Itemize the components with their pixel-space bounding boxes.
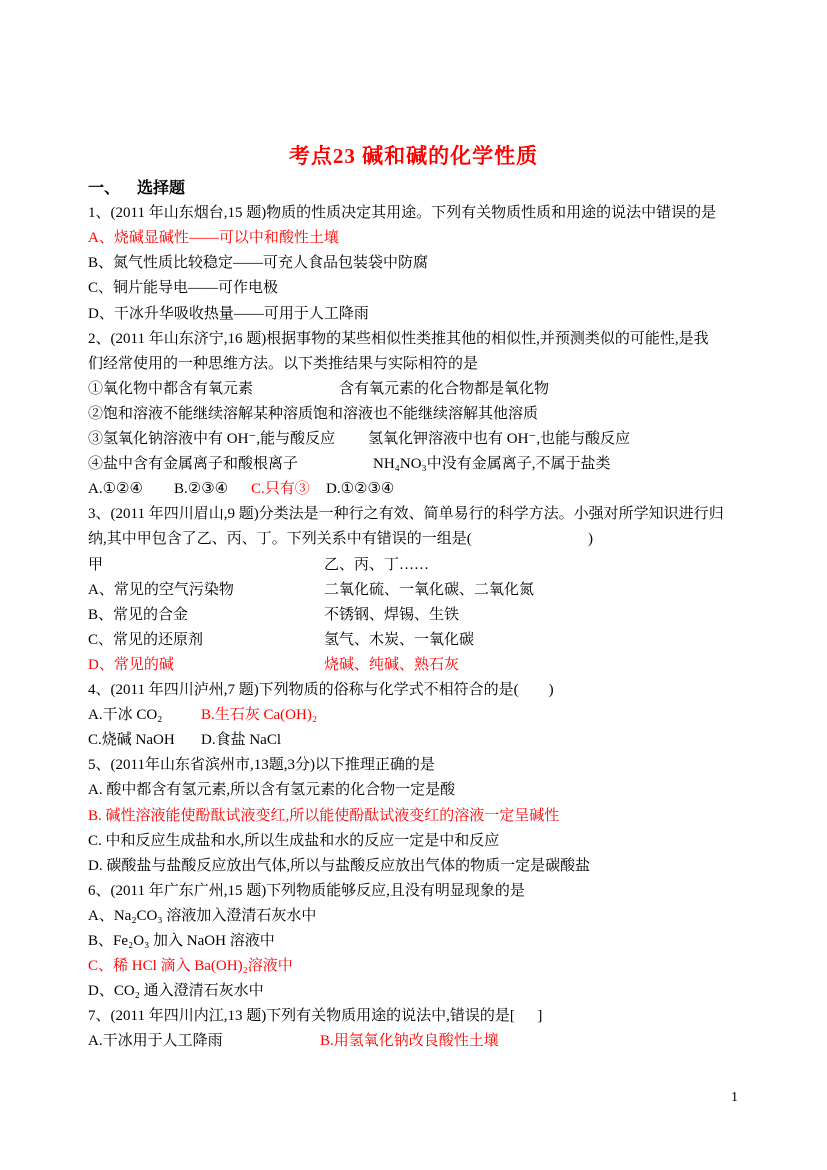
text-segment: D.食盐 NaCl bbox=[201, 731, 281, 750]
text-segment: ③氢氧化钠溶液中有 OH⁻,能与酸反应 bbox=[88, 431, 335, 447]
text-segment: A.干冰 CO₂ bbox=[88, 707, 162, 723]
text-segment: C、常见的还原剂 bbox=[88, 632, 203, 648]
option-1-c: C、铜片能导电——可作电极 bbox=[0, 279, 827, 298]
text-segment: 饱和溶液也不能继续溶解其他溶质 bbox=[313, 405, 538, 424]
question-3: 3、(2011 年四川眉山,9 题)分类法是一种行之有效、简单易行的科学方法。小… bbox=[0, 505, 827, 524]
text-segment: B.生石灰 Ca(OH)₂ bbox=[201, 706, 317, 725]
text-segment: 烧碱、纯碱、熟石灰 bbox=[324, 656, 459, 675]
statement-circle-3: ③氢氧化钠溶液中有 OH⁻,能与酸反应氢氧化钾溶液中也有 OH⁻,也能与酸反应 bbox=[0, 430, 827, 449]
question-3-cont: 纳,其中甲包含了乙、丙、丁。下列关系中有错误的一组是( ) bbox=[0, 530, 827, 549]
text-segment: C.烧碱 NaOH bbox=[88, 732, 175, 748]
text-segment: 二氧化硫、一氧化碳、二氧化氮 bbox=[324, 581, 534, 600]
statement-circle-2: ②饱和溶液不能继续溶解某种溶质饱和溶液也不能继续溶解其他溶质 bbox=[0, 405, 827, 424]
question-7: 7、(2011 年四川内江,13 题)下列有关物质用途的说法中,错误的是[ ] bbox=[0, 1007, 827, 1026]
text-segment: 甲 bbox=[88, 557, 103, 573]
text-segment: B. 碱性溶液能使酚酞试液变红,所以能使酚酞试液变红的溶液一定呈碱性 bbox=[88, 808, 559, 824]
option-5-d: D. 碳酸盐与盐酸反应放出气体,所以与盐酸反应放出气体的物质一定是碳酸盐 bbox=[0, 857, 827, 876]
question-2-cont: 们经常使用的一种思维方法。以下类推结果与实际相符的是 bbox=[0, 355, 827, 374]
text-segment: D、CO₂ 通入澄清石灰水中 bbox=[88, 983, 264, 999]
text-segment: 1、(2011 年山东烟台,15 题)物质的性质决定其用途。下列有关物质性质和用… bbox=[88, 205, 716, 221]
text-segment: ①氧化物中都含有氧元素 bbox=[88, 381, 253, 397]
options-2: A.①②④B.②③④C.只有③D.①②③④ bbox=[0, 480, 827, 499]
text-segment: D. 碳酸盐与盐酸反应放出气体,所以与盐酸反应放出气体的物质一定是碳酸盐 bbox=[88, 858, 590, 874]
text-segment: D、干冰升华吸收热量——可用于人工降雨 bbox=[88, 306, 369, 322]
text-segment: C.只有③ bbox=[251, 480, 310, 499]
text-segment: 乙、丙、丁…… bbox=[324, 556, 429, 575]
question-1: 1、(2011 年山东烟台,15 题)物质的性质决定其用途。下列有关物质性质和用… bbox=[0, 204, 827, 223]
section-heading: 一、选择题 bbox=[0, 179, 827, 199]
text-segment: 氢气、木炭、一氧化碳 bbox=[324, 631, 474, 650]
text-segment: ②饱和溶液不能继续溶解某种溶质 bbox=[88, 406, 313, 422]
text-segment: B.用氢氧化钠改良酸性土壤 bbox=[320, 1032, 499, 1051]
text-segment: A.干冰用于人工降雨 bbox=[88, 1033, 223, 1049]
option-3-b: B、常见的合金不锈钢、焊锡、生铁 bbox=[0, 606, 827, 625]
text-segment: 3、(2011 年四川眉山,9 题)分类法是一种行之有效、简单易行的科学方法。小… bbox=[88, 506, 724, 522]
text-segment: B.②③④ bbox=[174, 480, 228, 499]
text-segment: 7、(2011 年四川内江,13 题)下列有关物质用途的说法中,错误的是[ ] bbox=[88, 1008, 542, 1024]
text-segment: D.①②③④ bbox=[326, 480, 394, 499]
question-6: 6、(2011 年广东广州,15 题)下列物质能够反应,且没有明显现象的是 bbox=[0, 882, 827, 901]
document-page: 考点23 碱和碱的化学性质 一、选择题1、(2011 年山东烟台,15 题)物质… bbox=[0, 0, 827, 1170]
text-segment: 不锈钢、焊锡、生铁 bbox=[324, 606, 459, 625]
option-6-a: A、Na₂CO₃ 溶液加入澄清石灰水中 bbox=[0, 907, 827, 926]
option-5-b: B. 碱性溶液能使酚酞试液变红,所以能使酚酞试液变红的溶液一定呈碱性 bbox=[0, 807, 827, 826]
question-2: 2、(2011 年山东济宁,16 题)根据事物的某些相似性类推其他的相似性,并预… bbox=[0, 330, 827, 349]
text-segment: 氢氧化钾溶液中也有 OH⁻,也能与酸反应 bbox=[368, 430, 630, 449]
text-segment: C. 中和反应生成盐和水,所以生成盐和水的反应一定是中和反应 bbox=[88, 833, 499, 849]
page-number: 1 bbox=[731, 1090, 738, 1106]
text-segment: A. 酸中都含有氢元素,所以含有氢元素的化合物一定是酸 bbox=[88, 782, 455, 798]
text-segment: 6、(2011 年广东广州,15 题)下列物质能够反应,且没有明显现象的是 bbox=[88, 883, 525, 899]
text-segment: A.①②④ bbox=[88, 481, 143, 497]
text-segment: 纳,其中甲包含了乙、丙、丁。下列关系中有错误的一组是( ) bbox=[88, 531, 593, 547]
statement-circle-4: ④盐中含有金属离子和酸根离子NH₄NO₃中没有金属离子,不属于盐类 bbox=[0, 455, 827, 474]
text-segment: A、Na₂CO₃ 溶液加入澄清石灰水中 bbox=[88, 908, 316, 924]
question-4: 4、(2011 年四川泸州,7 题)下列物质的俗称与化学式不相符合的是( ) bbox=[0, 681, 827, 700]
option-3-d: D、常见的碱烧碱、纯碱、熟石灰 bbox=[0, 656, 827, 675]
text-segment: 2、(2011 年山东济宁,16 题)根据事物的某些相似性类推其他的相似性,并预… bbox=[88, 331, 709, 347]
text-segment: NH₄NO₃中没有金属离子,不属于盐类 bbox=[373, 455, 611, 474]
option-1-a: A、烧碱显碱性——可以中和酸性土壤 bbox=[0, 229, 827, 248]
option-1-b: B、氮气性质比较稳定——可充人食品包装袋中防腐 bbox=[0, 254, 827, 273]
text-segment: B、常见的合金 bbox=[88, 607, 188, 623]
text-segment: A、烧碱显碱性——可以中和酸性土壤 bbox=[88, 230, 339, 246]
question-5: 5、(2011年山东省滨州市,13题,3分)以下推理正确的是 bbox=[0, 756, 827, 775]
text-segment: B、Fe₂O₃ 加入 NaOH 溶液中 bbox=[88, 933, 275, 949]
option-3-a: A、常见的空气污染物二氧化硫、一氧化碳、二氧化氮 bbox=[0, 581, 827, 600]
table-3-header: 甲乙、丙、丁…… bbox=[0, 556, 827, 575]
text-segment: 们经常使用的一种思维方法。以下类推结果与实际相符的是 bbox=[88, 356, 478, 372]
text-segment: B、氮气性质比较稳定——可充人食品包装袋中防腐 bbox=[88, 255, 428, 271]
option-1-d: D、干冰升华吸收热量——可用于人工降雨 bbox=[0, 305, 827, 324]
options-7-ab: A.干冰用于人工降雨B.用氢氧化钠改良酸性土壤 bbox=[0, 1032, 827, 1051]
text-segment: C、铜片能导电——可作电极 bbox=[88, 280, 278, 296]
option-6-c: C、稀 HCl 滴入 Ba(OH)₂溶液中 bbox=[0, 957, 827, 976]
text-segment: 5、(2011年山东省滨州市,13题,3分)以下推理正确的是 bbox=[88, 757, 435, 773]
option-3-c: C、常见的还原剂氢气、木炭、一氧化碳 bbox=[0, 631, 827, 650]
text-segment: ④盐中含有金属离子和酸根离子 bbox=[88, 456, 298, 472]
page-title: 考点23 碱和碱的化学性质 bbox=[0, 140, 827, 170]
text-segment: 一、 bbox=[88, 180, 120, 197]
options-4-ab: A.干冰 CO₂B.生石灰 Ca(OH)₂ bbox=[0, 706, 827, 725]
options-4-cd: C.烧碱 NaOHD.食盐 NaCl bbox=[0, 731, 827, 750]
text-segment: C、稀 HCl 滴入 Ba(OH)₂溶液中 bbox=[88, 958, 293, 974]
text-segment: 选择题 bbox=[137, 179, 185, 198]
option-5-c: C. 中和反应生成盐和水,所以生成盐和水的反应一定是中和反应 bbox=[0, 832, 827, 851]
text-segment: 含有氧元素的化合物都是氧化物 bbox=[339, 380, 549, 399]
statement-circle-1: ①氧化物中都含有氧元素含有氧元素的化合物都是氧化物 bbox=[0, 380, 827, 399]
option-5-a: A. 酸中都含有氢元素,所以含有氢元素的化合物一定是酸 bbox=[0, 781, 827, 800]
option-6-b: B、Fe₂O₃ 加入 NaOH 溶液中 bbox=[0, 932, 827, 951]
text-segment: A、常见的空气污染物 bbox=[88, 582, 234, 598]
option-6-d: D、CO₂ 通入澄清石灰水中 bbox=[0, 982, 827, 1001]
text-segment: 4、(2011 年四川泸州,7 题)下列物质的俗称与化学式不相符合的是( ) bbox=[88, 682, 554, 698]
text-segment: D、常见的碱 bbox=[88, 657, 174, 673]
